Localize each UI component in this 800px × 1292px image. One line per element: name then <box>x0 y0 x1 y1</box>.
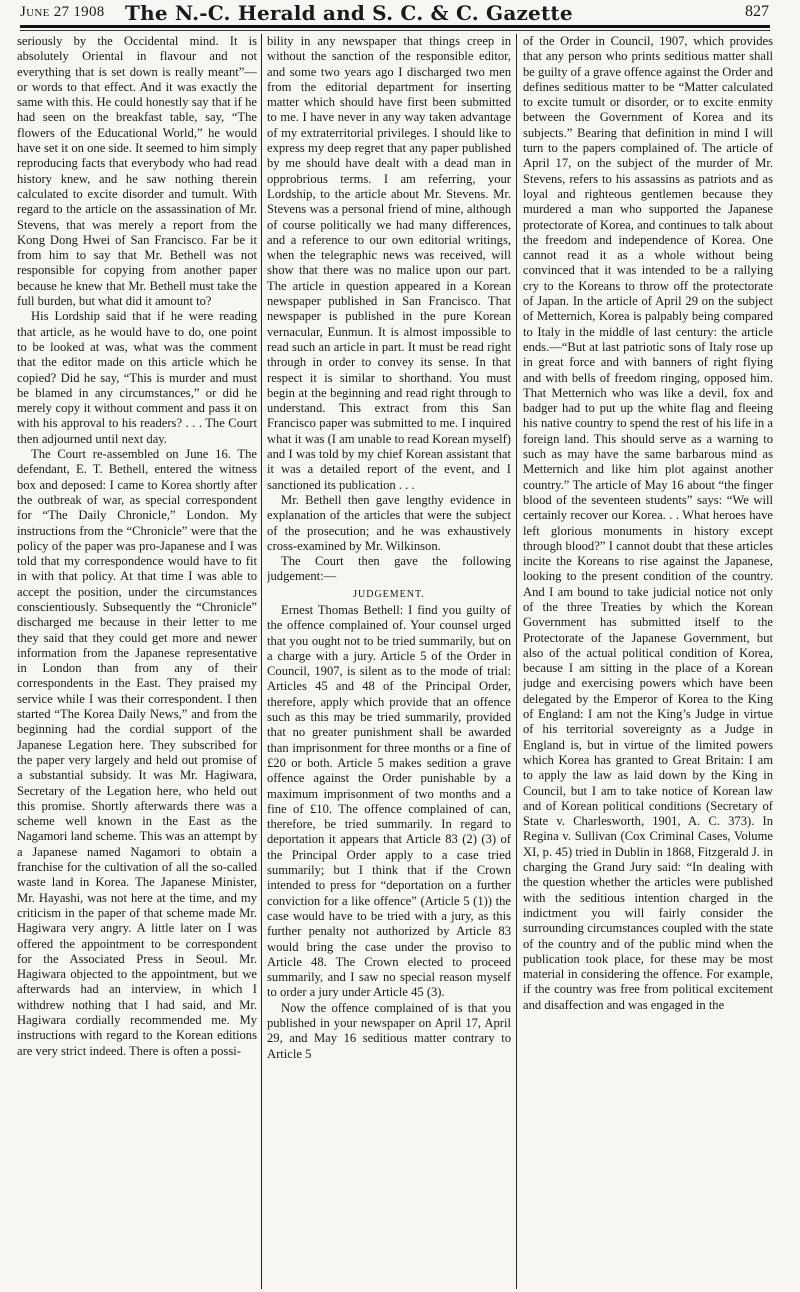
column-2: bility in any newspaper that things cree… <box>267 34 511 1284</box>
paragraph: of the Order in Council, 1907, which pro… <box>523 34 773 1013</box>
masthead: June 27 1908 The N.-C. Herald and S. C. … <box>0 0 800 28</box>
paragraph: The Court re-assembled on June 16. The d… <box>17 447 257 1059</box>
newspaper-page: June 27 1908 The N.-C. Herald and S. C. … <box>0 0 800 1292</box>
page-number: 827 <box>745 3 769 21</box>
paragraph: The Court then gave the following judgem… <box>267 554 511 585</box>
paragraph: Ernest Thomas Bethell: I find you guilty… <box>267 603 511 1001</box>
column-3: of the Order in Council, 1907, which pro… <box>523 34 773 1284</box>
column-divider <box>516 34 517 1289</box>
column-divider <box>261 34 262 1289</box>
section-heading-judgement: JUDGEMENT. <box>267 587 511 602</box>
newspaper-title: The N.-C. Herald and S. C. & C. Gazette <box>125 1 545 25</box>
masthead-rule-thin <box>20 30 770 31</box>
paragraph: Mr. Bethell then gave lengthy evidence i… <box>267 493 511 554</box>
masthead-rule <box>20 25 770 28</box>
column-1: seriously by the Occidental mind. It is … <box>17 34 257 1284</box>
paragraph: seriously by the Occidental mind. It is … <box>17 34 257 309</box>
paragraph: Now the offence complained of is that yo… <box>267 1001 511 1062</box>
paragraph: bility in any newspaper that things cree… <box>267 34 511 493</box>
issue-date: June 27 1908 <box>20 4 105 21</box>
paragraph: His Lordship said that if he were readin… <box>17 309 257 447</box>
